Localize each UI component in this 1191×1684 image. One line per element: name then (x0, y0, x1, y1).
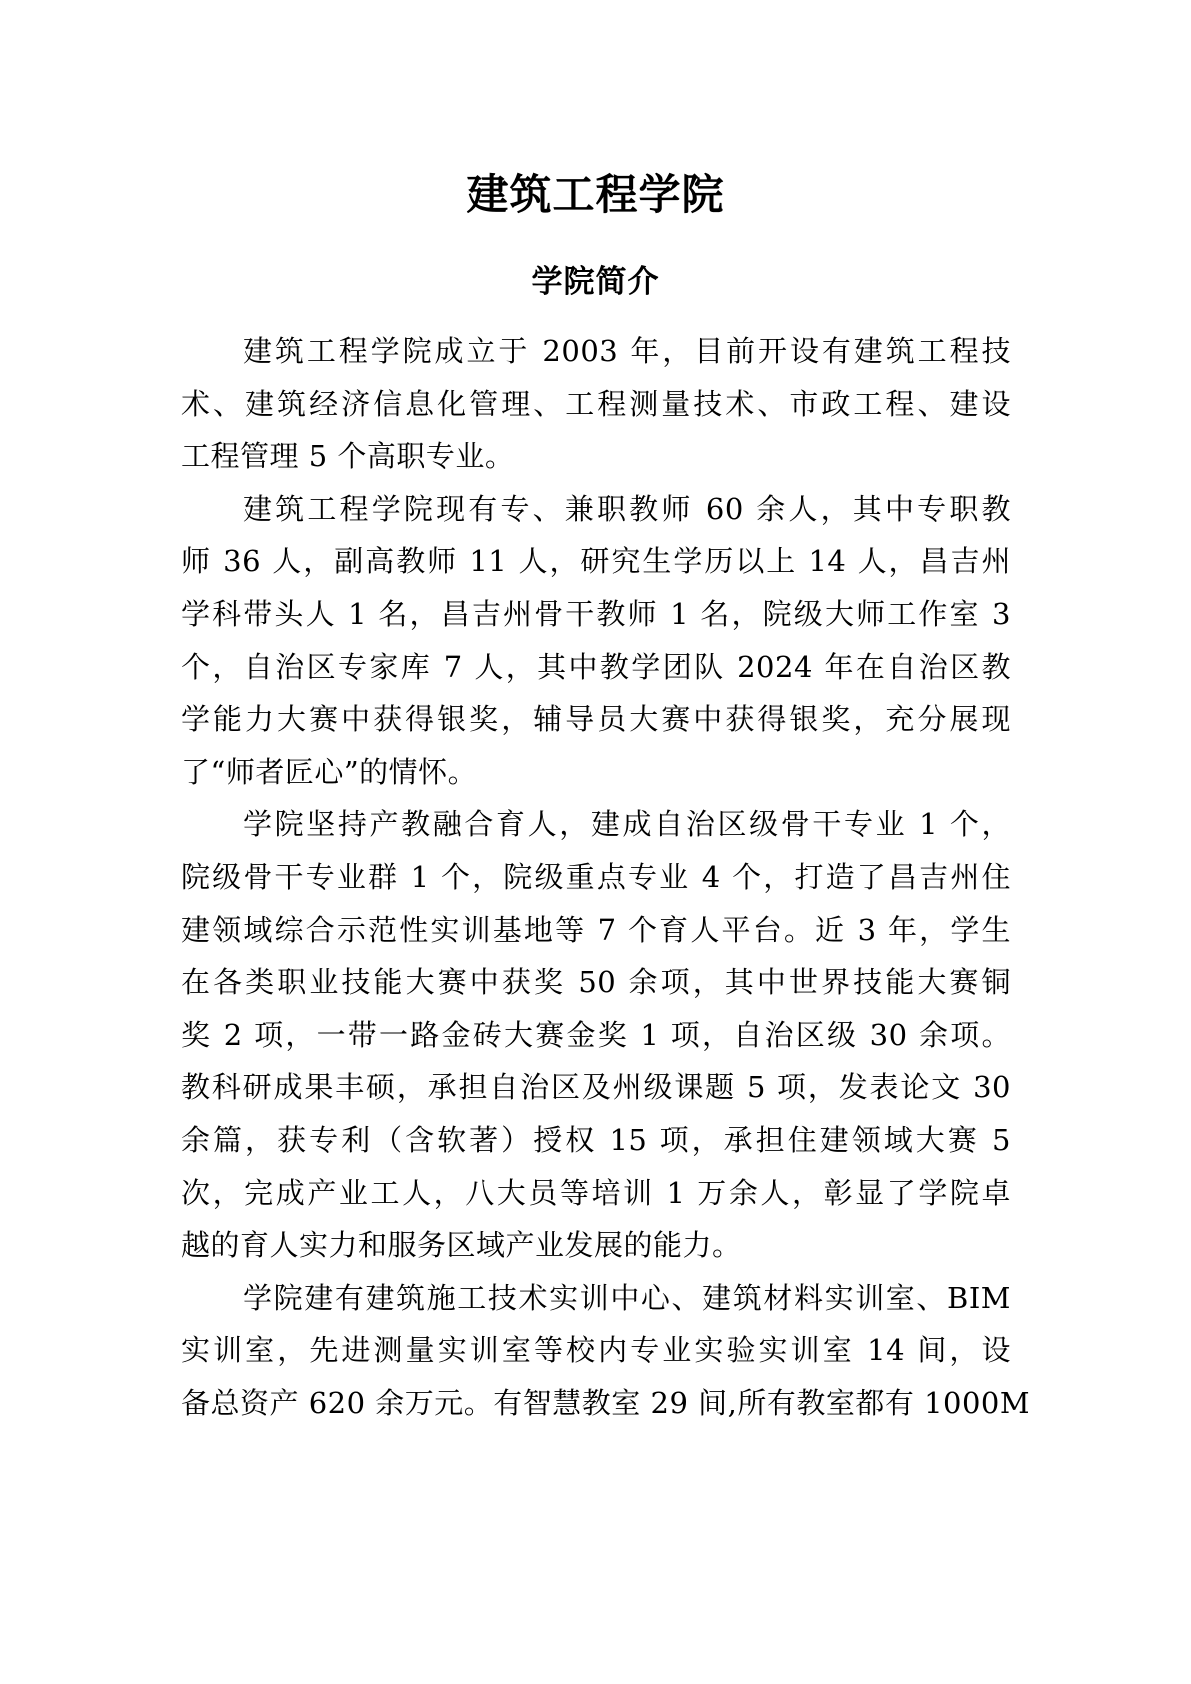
text-line: 教科研成果丰硕，承担自治区及州级课题 5 项，发表论文 30 (181, 1061, 1011, 1114)
text-line: 在各类职业技能大赛中获奖 50 余项，其中世界技能大赛铜 (181, 956, 1011, 1009)
text-line: 建筑工程学院现有专、兼职教师 60 余人，其中专职教 (181, 483, 1011, 536)
text-line: 学院坚持产教融合育人，建成自治区级骨干专业 1 个， (181, 798, 1011, 851)
text-line: 工程管理 5 个高职专业。 (181, 430, 1011, 483)
text-line: 学院建有建筑施工技术实训中心、建筑材料实训室、BIM (181, 1272, 1011, 1325)
text-line: 师 36 人，副高教师 11 人，研究生学历以上 14 人，昌吉州 (181, 535, 1011, 588)
text-line: 建筑工程学院成立于 2003 年，目前开设有建筑工程技 (181, 325, 1011, 378)
text-line: 学科带头人 1 名，昌吉州骨干教师 1 名，院级大师工作室 3 (181, 588, 1011, 641)
text-line: 备总资产 620 余万元。有智慧教室 29 间,所有教室都有 1000M (181, 1377, 1011, 1430)
text-line: 院级骨干专业群 1 个，院级重点专业 4 个，打造了昌吉州住 (181, 851, 1011, 904)
text-line: 余篇，获专利（含软著）授权 15 项，承担住建领域大赛 5 (181, 1114, 1011, 1167)
text-line: 越的育人实力和服务区域产业发展的能力。 (181, 1219, 1011, 1272)
section-heading: 学院简介 (0, 262, 1191, 302)
text-line: 实训室，先进测量实训室等校内专业实验实训室 14 间，设 (181, 1324, 1011, 1377)
page-title: 建筑工程学院 (0, 170, 1191, 220)
document-page: 建筑工程学院 学院简介 建筑工程学院成立于 2003 年，目前开设有建筑工程技 … (0, 0, 1191, 1684)
text-line: 了“师者匠心”的情怀。 (181, 746, 1011, 799)
text-line: 建领域综合示范性实训基地等 7 个育人平台。近 3 年，学生 (181, 904, 1011, 957)
text-line: 学能力大赛中获得银奖，辅导员大赛中获得银奖，充分展现 (181, 693, 1011, 746)
body-text: 建筑工程学院成立于 2003 年，目前开设有建筑工程技 术、建筑经济信息化管理、… (181, 325, 1011, 1429)
text-line: 奖 2 项，一带一路金砖大赛金奖 1 项，自治区级 30 余项。 (181, 1009, 1011, 1062)
text-line: 次，完成产业工人，八大员等培训 1 万余人，彰显了学院卓 (181, 1167, 1011, 1220)
text-line: 术、建筑经济信息化管理、工程测量技术、市政工程、建设 (181, 378, 1011, 431)
text-line: 个，自治区专家库 7 人，其中教学团队 2024 年在自治区教 (181, 641, 1011, 694)
